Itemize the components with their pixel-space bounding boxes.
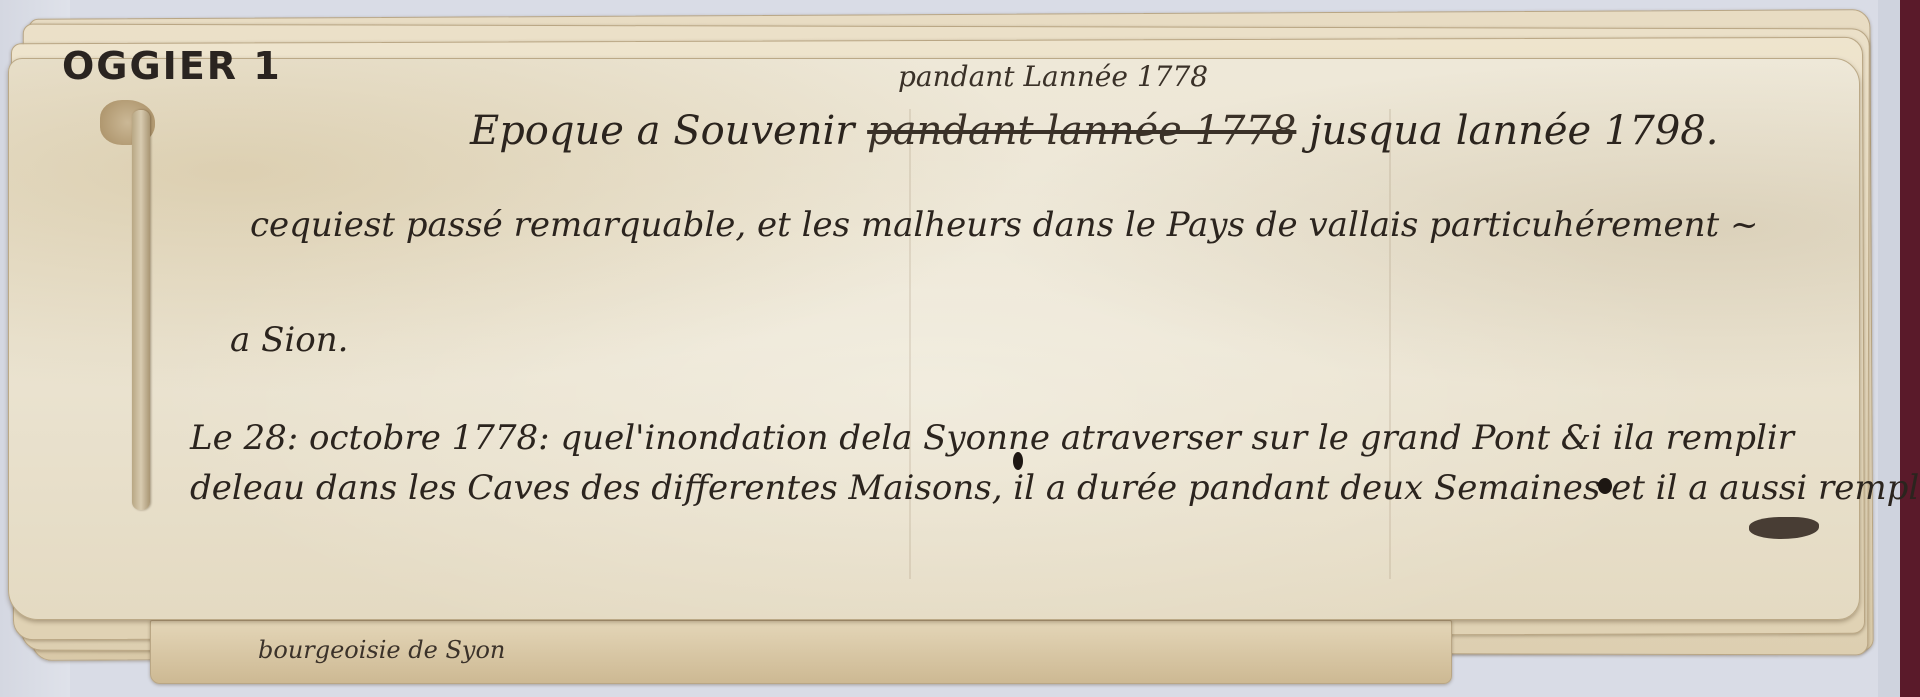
ink-stain	[1749, 517, 1819, 539]
interlinear-insertion: pandant Lannée 1778	[898, 60, 1208, 93]
title-start: Epoque a Souvenir	[470, 108, 854, 154]
text-line: deleau dans les Caves des differentes Ma…	[190, 468, 1920, 508]
title-struck-text: pandant lannée 1778	[867, 108, 1296, 154]
document-title: Epoque a Souvenir pandant lannée 1778 ju…	[470, 108, 1718, 154]
text-line: a Sion.	[230, 320, 348, 360]
ink-blot	[1013, 452, 1023, 470]
text-line: cequiest passé remarquable, et les malhe…	[250, 205, 1758, 245]
binding-thread	[132, 110, 150, 510]
text-line: Le 28: octobre 1778: quel'inondation del…	[190, 418, 1794, 458]
velvet-edge	[1900, 0, 1920, 697]
fold-line	[1389, 109, 1391, 579]
underlying-sheet-text: bourgeoisie de Syon	[258, 636, 505, 664]
backdrop-strip	[1878, 0, 1900, 697]
title-end: jusqua lannée 1798.	[1309, 108, 1718, 154]
fold-line	[909, 109, 911, 579]
archive-label: OGGIER 1	[62, 44, 282, 88]
ink-blot	[1598, 478, 1612, 494]
